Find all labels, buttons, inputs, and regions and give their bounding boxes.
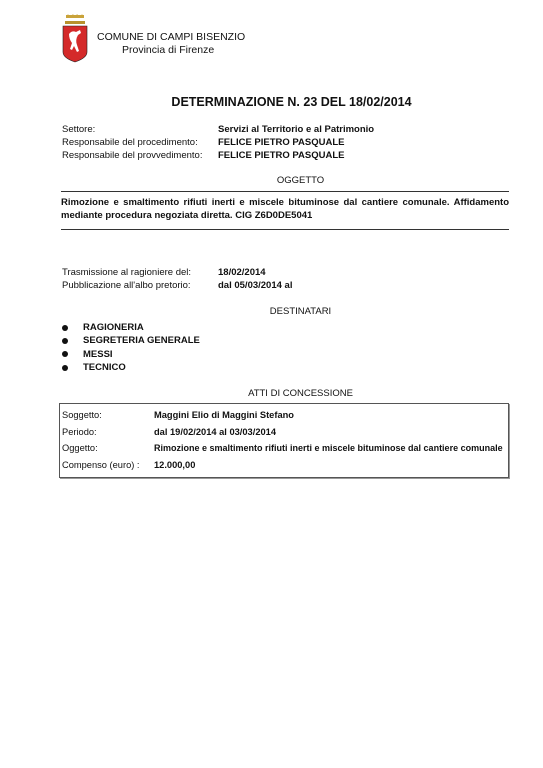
info-label: Responsabile del provvedimento: bbox=[62, 149, 218, 162]
info-value: Servizi al Territorio e al Patrimonio bbox=[218, 123, 374, 136]
destinatario-label: TECNICO bbox=[83, 361, 126, 374]
trasmissione-label: Trasmissione al ragioniere del: bbox=[62, 266, 218, 279]
ente-header: COMUNE DI CAMPI BISENZIO Provincia di Fi… bbox=[97, 31, 245, 57]
bullet-icon bbox=[62, 325, 68, 331]
list-item: RAGIONERIA bbox=[60, 321, 200, 334]
destinatario-label: SEGRETERIA GENERALE bbox=[83, 334, 200, 347]
info-row-settore: Settore: Servizi al Territorio e al Patr… bbox=[62, 123, 374, 136]
trasmissione-row: Trasmissione al ragioniere del: 18/02/20… bbox=[62, 266, 292, 279]
info-value: FELICE PIETRO PASQUALE bbox=[218, 149, 345, 162]
destinatari-heading: DESTINATARI bbox=[0, 306, 543, 317]
trasmissione-value: 18/02/2014 bbox=[218, 266, 266, 279]
concessione-value: Maggini Elio di Maggini Stefano bbox=[154, 410, 294, 420]
bullet-icon bbox=[62, 365, 68, 371]
concessione-label: Periodo: bbox=[62, 427, 154, 437]
trasmissione-block: Trasmissione al ragioniere del: 18/02/20… bbox=[62, 266, 292, 292]
ente-provincia: Provincia di Firenze bbox=[97, 44, 245, 57]
concessione-row-soggetto: Soggetto: Maggini Elio di Maggini Stefan… bbox=[62, 407, 508, 424]
pubblicazione-row: Pubblicazione all'albo pretorio: dal 05/… bbox=[62, 279, 292, 292]
oggetto-heading: OGGETTO bbox=[0, 175, 543, 186]
destinatari-list: RAGIONERIA SEGRETERIA GENERALE MESSI TEC… bbox=[60, 321, 200, 374]
concessione-value: Rimozione e smaltimento rifiuti inerti e… bbox=[154, 443, 503, 453]
pubblicazione-label: Pubblicazione all'albo pretorio: bbox=[62, 279, 218, 292]
list-item: SEGRETERIA GENERALE bbox=[60, 334, 200, 347]
destinatario-label: MESSI bbox=[83, 348, 113, 361]
concessione-row-compenso: Compenso (euro) : 12.000,00 bbox=[62, 457, 508, 474]
info-block: Settore: Servizi al Territorio e al Patr… bbox=[62, 123, 374, 162]
destinatario-label: RAGIONERIA bbox=[83, 321, 144, 334]
concessione-value: 12.000,00 bbox=[154, 460, 195, 470]
concessione-value: dal 19/02/2014 al 03/03/2014 bbox=[154, 427, 276, 437]
info-label: Settore: bbox=[62, 123, 218, 136]
document-title: DETERMINAZIONE N. 23 DEL 18/02/2014 bbox=[0, 95, 543, 109]
info-value: FELICE PIETRO PASQUALE bbox=[218, 136, 345, 149]
list-item: TECNICO bbox=[60, 361, 200, 374]
ente-name: COMUNE DI CAMPI BISENZIO bbox=[97, 31, 245, 43]
concessione-label: Compenso (euro) : bbox=[62, 460, 154, 470]
info-label: Responsabile del procedimento: bbox=[62, 136, 218, 149]
concessione-row-oggetto: Oggetto: Rimozione e smaltimento rifiuti… bbox=[62, 440, 508, 457]
concessione-label: Soggetto: bbox=[62, 410, 154, 420]
oggetto-text: Rimozione e smaltimento rifiuti inerti e… bbox=[61, 191, 509, 230]
bullet-icon bbox=[62, 351, 68, 357]
info-row-procedimento: Responsabile del procedimento: FELICE PI… bbox=[62, 136, 374, 149]
pubblicazione-value: dal 05/03/2014 al bbox=[218, 279, 292, 292]
concessione-heading: ATTI DI CONCESSIONE bbox=[0, 388, 543, 399]
concessione-row-periodo: Periodo: dal 19/02/2014 al 03/03/2014 bbox=[62, 424, 508, 441]
concessione-box: Soggetto: Maggini Elio di Maggini Stefan… bbox=[59, 403, 509, 478]
concessione-label: Oggetto: bbox=[62, 443, 154, 453]
bullet-icon bbox=[62, 338, 68, 344]
coat-of-arms-icon bbox=[62, 14, 88, 64]
list-item: MESSI bbox=[60, 348, 200, 361]
info-row-provvedimento: Responsabile del provvedimento: FELICE P… bbox=[62, 149, 374, 162]
